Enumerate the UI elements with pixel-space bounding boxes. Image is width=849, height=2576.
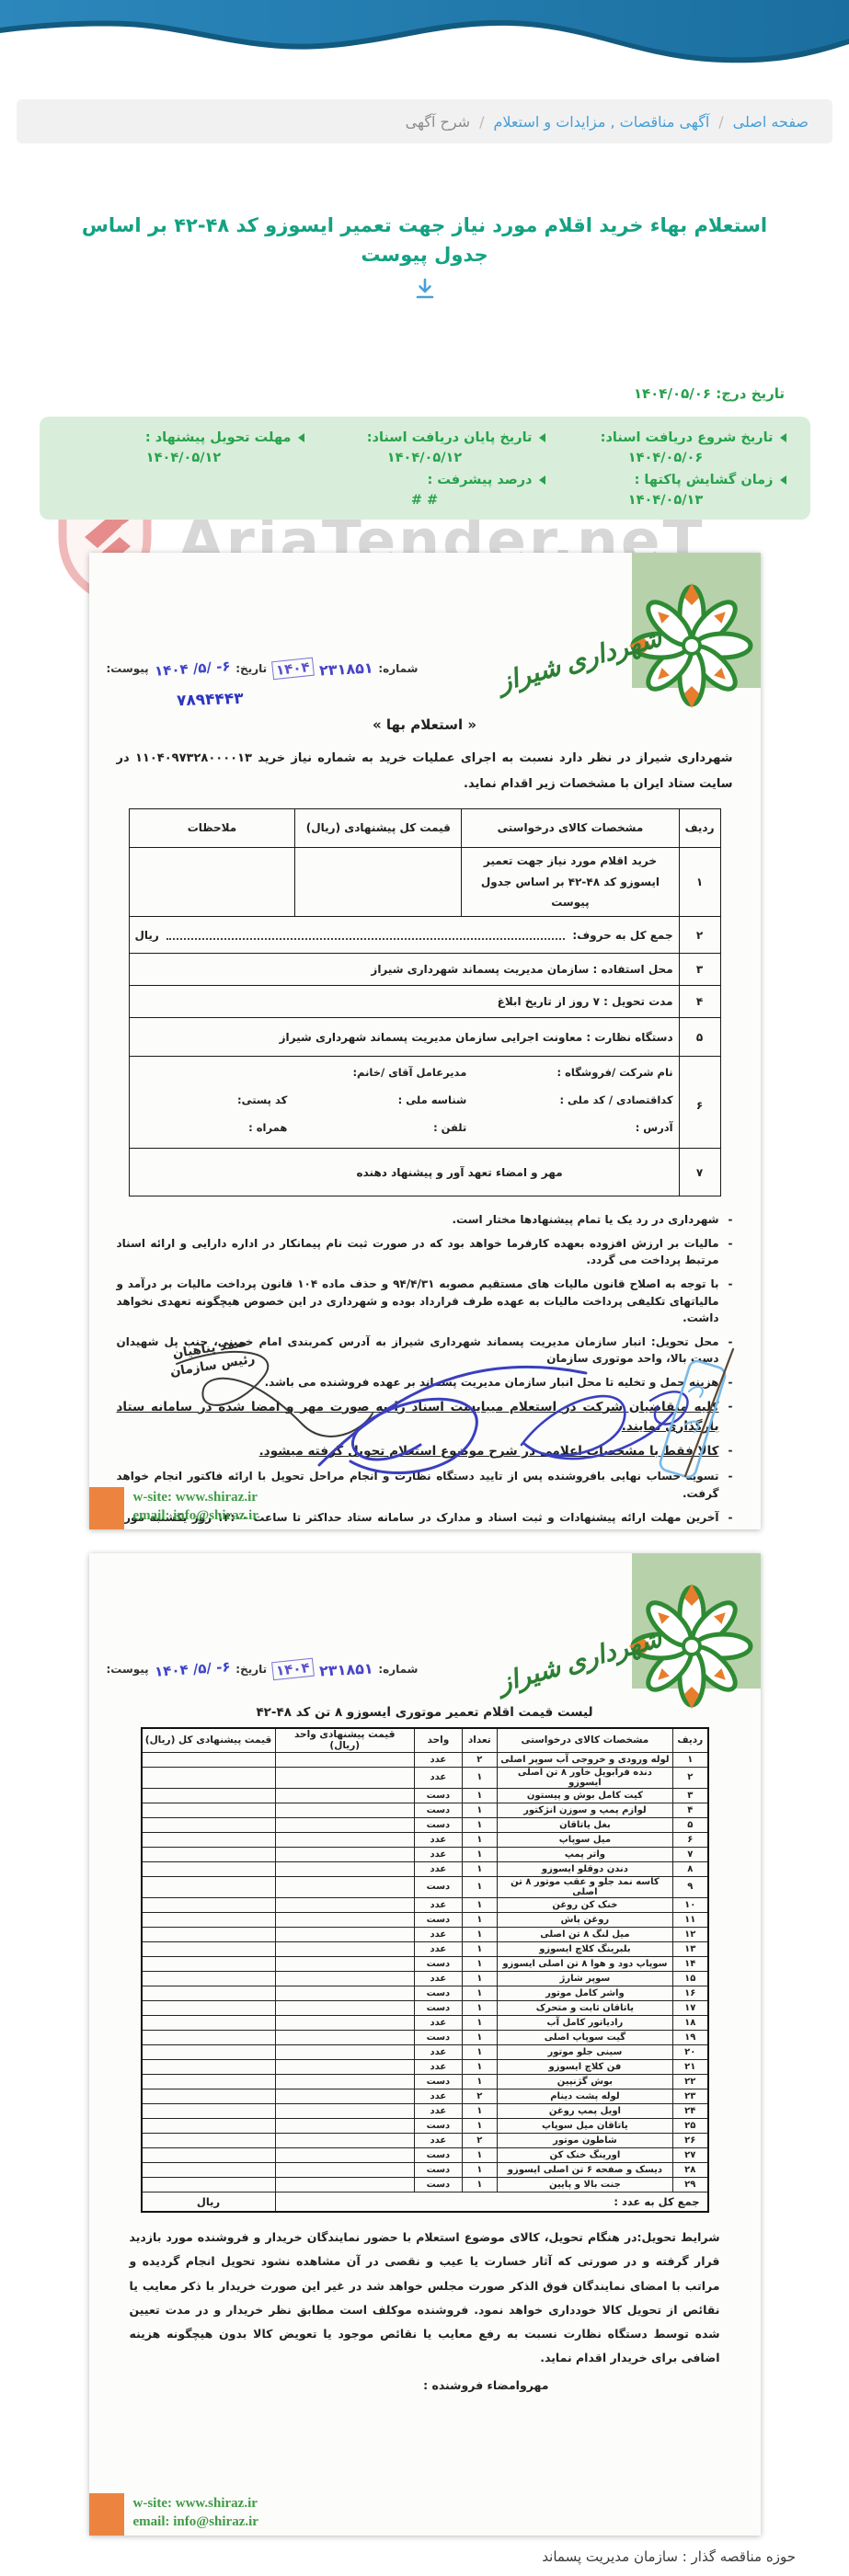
doc1-intro: شهرداری شیراز در نظر دارد نسبت به اجرای …: [117, 746, 733, 797]
field-value: ۱۴۰۴/۰۵/۱۲: [304, 451, 545, 465]
table-row: ۳ محل استفاده : سازمان مدیریت پسماند شهر…: [129, 954, 720, 986]
field-value: ۱۴۰۴/۰۵/۱۳: [545, 493, 786, 508]
page-title: استعلام بهاء خرید اقلام مورد نیاز جهت تع…: [57, 212, 793, 269]
note-item: -با توجه به اصلاح قانون مالیات های مستقی…: [117, 1276, 733, 1327]
table-row: ۱ خرید اقلام مورد نیاز جهت تعمیر ایسوزو …: [129, 847, 720, 916]
field-progress-percent: درصد پیشرفت : # #: [304, 473, 545, 508]
number-label: شماره:: [378, 1663, 418, 1676]
website-text: w-site: www.shiraz.ir: [133, 1488, 258, 1506]
note-item: -شهرداری در رد یک یا تمام پیشنهادها مختا…: [117, 1211, 733, 1229]
doc2-items-table: ردیف مشخصات کالای درخواستی تعداد واحد قی…: [141, 1727, 709, 2213]
signature-area: صمد پناهیان رئیس سازمان: [89, 1336, 761, 1482]
breadcrumb-section-link[interactable]: آگهی مناقصات , مزایدات و استعلام: [493, 113, 709, 131]
field-marker-icon: [298, 433, 304, 442]
orange-corner-block: [89, 1487, 124, 1529]
table-row: ۲۰سینی جلو موتور۱عدد: [142, 2044, 708, 2059]
table-row: ۱۶واشر کامل موتور۱دست: [142, 1986, 708, 2000]
table-row: ۹کاسه نمد جلو و عقب موتور ۸ تن اصلی۱دست: [142, 1876, 708, 1897]
field-marker-icon: [539, 433, 545, 442]
letter-date: ۶- /۵/ ۱۴۰۴: [154, 658, 231, 680]
breadcrumb-home-link[interactable]: صفحه اصلی: [733, 113, 809, 131]
scanned-inquiry-letter: شهرداری شیراز شماره: ۲۳۱۸۵۱ ۱۴۰۴ تاریخ: …: [89, 553, 761, 1529]
breadcrumb-separator: /: [718, 113, 723, 131]
table-row: ۲۷اورینگ خنک کن۱دست: [142, 2147, 708, 2162]
table-row: ۱۹گیت سوپاپ اصلی۱دست: [142, 2030, 708, 2044]
doc1-title: « استعلام بها »: [117, 716, 733, 733]
table-row: ۲۲بوش گژنپین۱دست: [142, 2074, 708, 2089]
total-row: جمع کل به عدد : ریال: [142, 2192, 708, 2212]
field-opening-time: زمان گشایش پاکتها : ۱۴۰۴/۰۵/۱۳: [545, 473, 786, 508]
table-row: ۵بغل یاتاقان۱دست: [142, 1817, 708, 1832]
delivery-terms: شرایط تحویل:در هنگام تحویل، کالای موضوع …: [130, 2226, 720, 2371]
table-row: ۲۸دیسک و صفحه ۶ تن اصلی ایسوزو۱دست: [142, 2162, 708, 2177]
breadcrumb: صفحه اصلی / آگهی مناقصات , مزایدات و است…: [17, 99, 832, 143]
table-row: ۱۴سوپاپ دود و هوا ۸ تن اصلی ایسوزو۱دست: [142, 1956, 708, 1971]
orange-corner-block: [89, 2493, 124, 2536]
field-value: # #: [304, 493, 545, 508]
year-stamp: ۱۴۰۴: [271, 658, 314, 681]
breadcrumb-current: شرح آگهی: [406, 113, 470, 131]
table-row: ۷واتر پمپ۱عدد: [142, 1847, 708, 1861]
email-text: email: info@shiraz.ir: [133, 1506, 258, 1525]
table-row: ۲۴اویل پمپ روغن۱عدد: [142, 2103, 708, 2118]
table-row: ۲۳لوله پشت دینام۲عدد: [142, 2089, 708, 2103]
field-marker-icon: [780, 475, 786, 485]
scanned-items-list: شهرداری شیراز شماره: ۲۳۱۸۵۱ ۱۴۰۴ تاریخ: …: [89, 1553, 761, 2536]
letter-stamp-line: شماره: ۲۳۱۸۵۱ ۱۴۰۴ تاریخ: ۶- /۵/ ۱۴۰۴ پی…: [106, 659, 418, 678]
table-row: ۲۹جنت بالا و پایین۱دست: [142, 2177, 708, 2192]
field-value: ۱۴۰۴/۰۵/۰۶: [545, 451, 786, 465]
letter-number: ۲۳۱۸۵۱: [318, 658, 373, 679]
field-docs-end: تاریخ پایان دریافت اسناد: ۱۴۰۴/۰۵/۱۲: [304, 430, 545, 465]
table-row: ۲دنده فرابویل خاور ۸ تن اصلی ایسوزو۱عدد: [142, 1767, 708, 1788]
table-row: ۲۱فن کلاچ ایسوزو۱عدد: [142, 2059, 708, 2074]
table-row: ۱۱روغن پاش۱دست: [142, 1912, 708, 1927]
table-row: ۶ نام شرکت /فروشگاه : مدیرعامل آقای /خان…: [129, 1057, 720, 1149]
table-row: ۴لوازم پمپ و سوزن انژکتور۱دست: [142, 1803, 708, 1817]
website-text: w-site: www.shiraz.ir: [133, 2494, 258, 2513]
doc2-items-body: ۱لوله ورودی و خروجی آب سوپر اصلی۲عدد۲دند…: [142, 1752, 708, 2192]
tender-issuer-footer: حوزه مناقصه گذار : سازمان مدیریت پسماند: [0, 2548, 796, 2565]
table-row: ۷ مهر و امضاء تعهد آور و پیشنهاد دهنده: [129, 1149, 720, 1196]
attachment-label: پیوست:: [106, 1663, 148, 1676]
tender-info-panel: تاریخ شروع دریافت اسناد: ۱۴۰۴/۰۵/۰۶ تاری…: [40, 417, 810, 520]
year-stamp: ۱۴۰۴: [271, 1658, 314, 1681]
table-row: ۱۸رادیاتور کامل آب۱عدد: [142, 2015, 708, 2030]
attachment-label: پیوست:: [106, 662, 148, 675]
letter-date: ۶- /۵/ ۱۴۰۴: [154, 1658, 231, 1680]
table-row: ۱۵سوپر شارژ۱عدد: [142, 1971, 708, 1986]
handwritten-ref-number: ۷۸۹۴۴۴۳: [176, 690, 243, 711]
note-item: -مالیات بر ارزش افزوده بعهده کارفرما خوا…: [117, 1235, 733, 1269]
breadcrumb-separator: /: [479, 113, 484, 131]
table-row: ۱۲میل لنگ ۸ تن اصلی۱عدد: [142, 1927, 708, 1941]
doc1-footer: w-site: www.shiraz.ir email: info@shiraz…: [89, 1480, 761, 1529]
dotted-leader: [166, 930, 566, 940]
field-proposal-deadline: مهلت تحویل پیشنهاد : ۱۴۰۴/۰۵/۱۲: [63, 430, 304, 465]
table-row: ۱۰خنک کن روغن۱عدد: [142, 1897, 708, 1912]
insert-date-value: ۱۴۰۴/۰۵/۰۶: [634, 385, 711, 402]
header-wave: [0, 0, 849, 72]
table-row: ۲۶شاطون موتور۲عدد: [142, 2133, 708, 2147]
table-row: ۲۵یاتاقان میل سوپاپ۱دست: [142, 2118, 708, 2133]
date-label: تاریخ:: [235, 1663, 267, 1676]
field-value: ۱۴۰۴/۰۵/۱۲: [63, 451, 304, 465]
field-docs-start: تاریخ شروع دریافت اسناد: ۱۴۰۴/۰۵/۰۶: [545, 430, 786, 465]
table-row: ۲ جمع کل به حروف: ریال: [129, 917, 720, 954]
download-icon[interactable]: [413, 277, 437, 301]
seller-seal-line: مهروامضاء فروشنده :: [117, 2378, 549, 2392]
table-row: ۴ مدت تحویل : ۷ روز از تاریخ ابلاغ: [129, 986, 720, 1018]
field-marker-icon: [539, 475, 545, 485]
table-row: ۱۷یاتاقان ثابت و متحرک۱دست: [142, 2000, 708, 2015]
field-marker-icon: [780, 433, 786, 442]
insert-date: تاریخ درج: ۱۴۰۴/۰۵/۰۶: [0, 385, 785, 402]
doc2-footer: w-site: www.shiraz.ir email: info@shiraz…: [89, 2486, 761, 2536]
table-row: ۵ دستگاه نظارت : معاونت اجرایی سازمان مد…: [129, 1018, 720, 1057]
insert-date-label: تاریخ درج:: [716, 385, 785, 402]
date-label: تاریخ:: [235, 662, 267, 675]
table-row: ۱۳بلبرینگ کلاچ ایسوزو۱عدد: [142, 1941, 708, 1956]
number-label: شماره:: [378, 662, 418, 675]
table-row: ۶میل سوپاپ۱عدد: [142, 1832, 708, 1847]
email-text: email: info@shiraz.ir: [133, 2513, 258, 2531]
doc2-title: لیست قیمت اقلام تعمیر موتوری ایسوزو ۸ تن…: [117, 1705, 733, 1720]
letter-number: ۲۳۱۸۵۱: [318, 1659, 373, 1679]
doc1-price-table: ردیف مشخصات کالای درخواستی قیمت کل پیشنه…: [129, 808, 721, 1196]
table-row: ۳کیت کامل بوش و پیستون۱دست: [142, 1788, 708, 1803]
table-row: ۱لوله ورودی و خروجی آب سوپر اصلی۲عدد: [142, 1752, 708, 1767]
table-row: ۸دندن دوقلو ایسوزو۱عدد: [142, 1861, 708, 1876]
letter-stamp-line: شماره: ۲۳۱۸۵۱ ۱۴۰۴ تاریخ: ۶- /۵/ ۱۴۰۴ پی…: [106, 1660, 418, 1678]
